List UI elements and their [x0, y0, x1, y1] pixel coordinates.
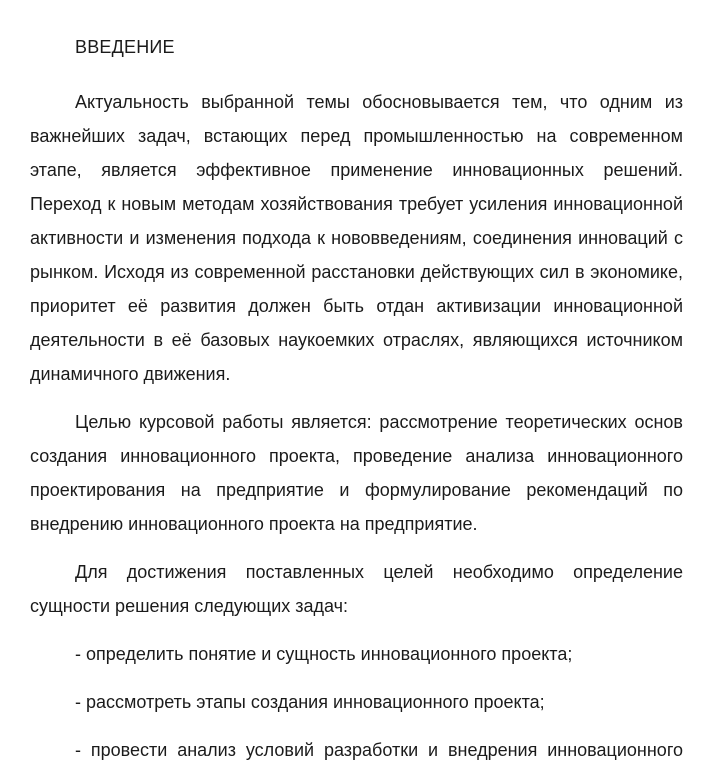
- document-page: ВВЕДЕНИЕ Актуальность выбранной темы обо…: [0, 0, 710, 769]
- section-heading: ВВЕДЕНИЕ: [30, 30, 683, 64]
- task-list-item: - рассмотреть этапы создания инновационн…: [30, 685, 683, 719]
- paragraph-goal: Целью курсовой работы является: рассмотр…: [30, 405, 683, 541]
- task-list-item: - определить понятие и сущность инноваци…: [30, 637, 683, 671]
- task-list-item: - провести анализ условий разработки и в…: [30, 733, 683, 767]
- paragraph-relevance: Актуальность выбранной темы обосновывает…: [30, 85, 683, 391]
- paragraph-tasks-intro: Для достижения поставленных целей необхо…: [30, 555, 683, 623]
